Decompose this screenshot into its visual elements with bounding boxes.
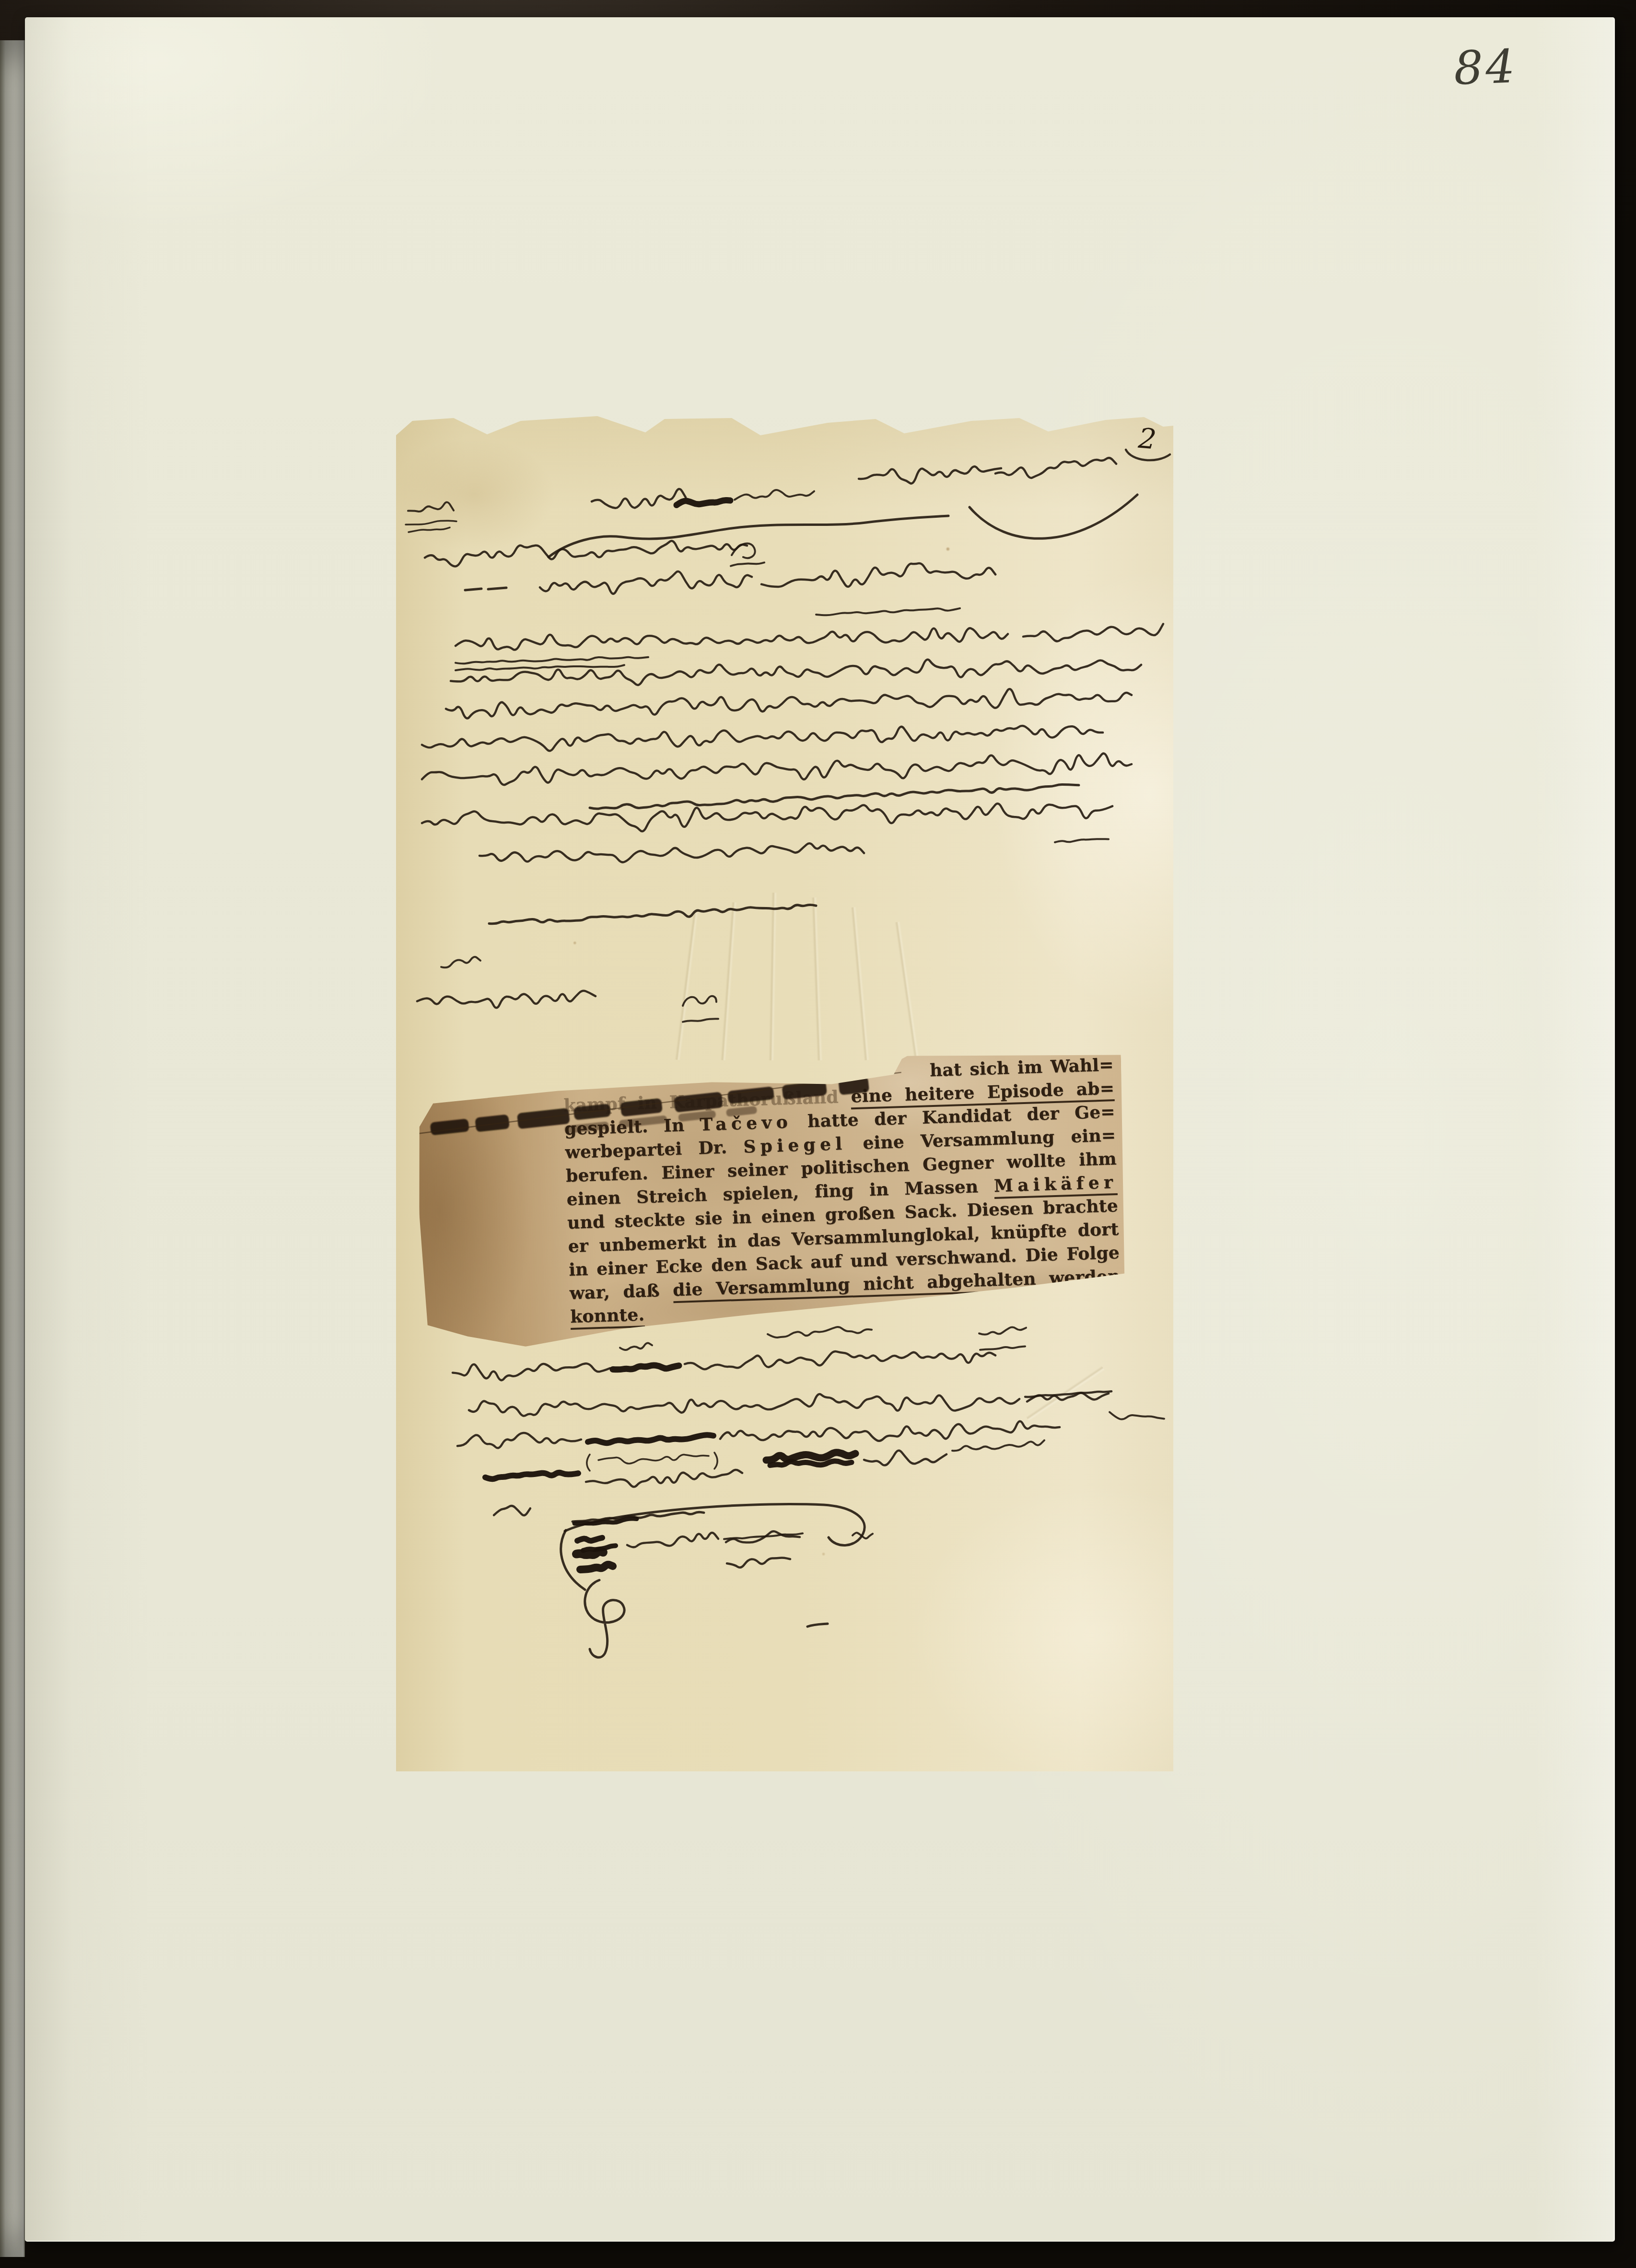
handwriting-stroke [864, 1451, 947, 1465]
paper-crease [851, 907, 870, 1060]
handwriting-stroke [489, 905, 816, 923]
page-number: 84 [1452, 29, 1560, 105]
handwriting-stroke [422, 754, 1132, 785]
paper-crease [811, 897, 823, 1060]
handwriting-stroke [735, 490, 814, 500]
handwriting-stroke [456, 665, 624, 670]
handwriting-stroke [720, 1421, 1060, 1441]
scan-stage: 84 2 hat sich im Wahl=kampf in Karpathor… [0, 0, 1636, 2268]
handwriting-stroke [853, 1533, 873, 1538]
handwriting-stroke [766, 1453, 855, 1460]
handwriting-stroke [576, 1551, 603, 1555]
handwriting-stroke [1055, 839, 1109, 842]
handwriting-stroke [573, 1512, 704, 1522]
book-pages-edge [0, 40, 25, 2257]
clipping-text: hat sich im Wahl=kampf in Karpathorußlan… [562, 1053, 1121, 1329]
handwriting-stroke [770, 1461, 852, 1465]
paper-crease [895, 922, 920, 1060]
handwriting-stroke [586, 1470, 742, 1487]
handwriting-stroke [587, 1454, 590, 1471]
handwriting-stroke [677, 500, 730, 505]
handwriting-stroke [588, 1435, 713, 1443]
handwriting-stroke [479, 843, 864, 862]
handwriting-stroke [592, 489, 686, 508]
handwriting-stroke [685, 1351, 995, 1369]
handwriting-stroke [441, 957, 480, 967]
handwriting-stroke [406, 521, 456, 524]
handwriting-stroke [732, 544, 755, 558]
clipping-text-segment: werbepartei Dr. [565, 1137, 744, 1163]
manuscript-sheet: 2 hat sich im Wahl=kampf in Karpathorußl… [396, 413, 1173, 1771]
handwriting-stroke [409, 527, 450, 532]
handwriting-stroke [577, 1538, 602, 1541]
handwriting-stroke [585, 1580, 624, 1657]
handwriting-stroke [952, 1440, 1044, 1451]
paper-crease [769, 893, 777, 1060]
handwriting-stroke [451, 660, 1141, 685]
handwriting-stroke [620, 1343, 652, 1350]
clipping-text-segment: konnte. [570, 1304, 645, 1330]
handwriting-stroke [1027, 1393, 1109, 1401]
handwriting-stroke [580, 1565, 613, 1570]
clipping-text-segment: Tačevo [700, 1112, 793, 1135]
handwriting-stroke [456, 628, 1008, 650]
handwriting-stroke [724, 1534, 803, 1539]
handwriting-stroke [995, 458, 1116, 478]
handwriting-stroke [979, 1327, 1026, 1335]
handwriting-stroke [540, 571, 752, 594]
handwriting-stroke [627, 1533, 718, 1547]
handwriting-stroke [583, 1546, 616, 1550]
handwriting-stroke [485, 1473, 578, 1479]
handwriting-stroke [683, 1019, 718, 1022]
handwriting-stroke [980, 1346, 1025, 1349]
handwriting-stroke [446, 689, 1132, 718]
handwriting-stroke [565, 1504, 865, 1546]
handwriting-stroke [574, 1519, 637, 1524]
handwriting-stroke [816, 608, 960, 615]
clipping-text-segment: hat sich im Wahl= [929, 1055, 1114, 1081]
handwriting-stroke [1025, 1391, 1111, 1397]
handwriting-stroke [761, 563, 995, 587]
handwriting-stroke [807, 1624, 828, 1627]
newspaper-clipping: hat sich im Wahl=kampf in Karpathorußlan… [414, 1048, 1130, 1352]
handwriting-stroke [727, 1558, 790, 1567]
handwriting-stroke [422, 726, 1103, 751]
handwriting-stroke [714, 1453, 717, 1469]
handwriting-stroke [768, 1327, 872, 1338]
handwriting-stroke [494, 1506, 530, 1515]
handwriting-stroke [1110, 1412, 1164, 1419]
sheet-number: 2 [1137, 421, 1179, 463]
handwriting-stroke [465, 589, 481, 590]
handwriting-stroke [453, 1363, 610, 1380]
handwriting-stroke [469, 1394, 1019, 1416]
album-page: 84 2 hat sich im Wahl=kampf in Karpathor… [25, 17, 1615, 2242]
handwriting-stroke [425, 541, 747, 566]
handwriting-stroke [417, 991, 596, 1008]
handwriting-stroke [613, 1365, 679, 1370]
paper-crease [721, 902, 737, 1060]
clipping-text-segment: Spiegel [743, 1134, 847, 1157]
handwriting-stroke [549, 516, 948, 557]
handwriting-stroke [488, 588, 506, 589]
handwriting-stroke [859, 466, 1001, 483]
handwriting-stroke [731, 562, 764, 566]
handwriting-stroke [683, 996, 716, 1006]
handwriting-stroke [1023, 624, 1163, 641]
handwriting-stroke [456, 657, 648, 664]
handwriting-stroke [561, 1530, 585, 1590]
clipping-text-segment: war, daß [569, 1280, 673, 1303]
handwriting-stroke [408, 502, 454, 512]
handwriting-stroke [970, 495, 1137, 538]
handwriting-stroke [457, 1433, 581, 1448]
paper-crease [675, 912, 699, 1060]
handwriting-stroke [598, 1454, 709, 1464]
handwriting-stroke [726, 1531, 800, 1542]
handwriting-stroke [590, 785, 1079, 809]
paper-crease [1026, 1366, 1105, 1421]
clipping-text-segment: gespielt. In [564, 1115, 700, 1139]
handwriting-stroke [422, 803, 1112, 831]
